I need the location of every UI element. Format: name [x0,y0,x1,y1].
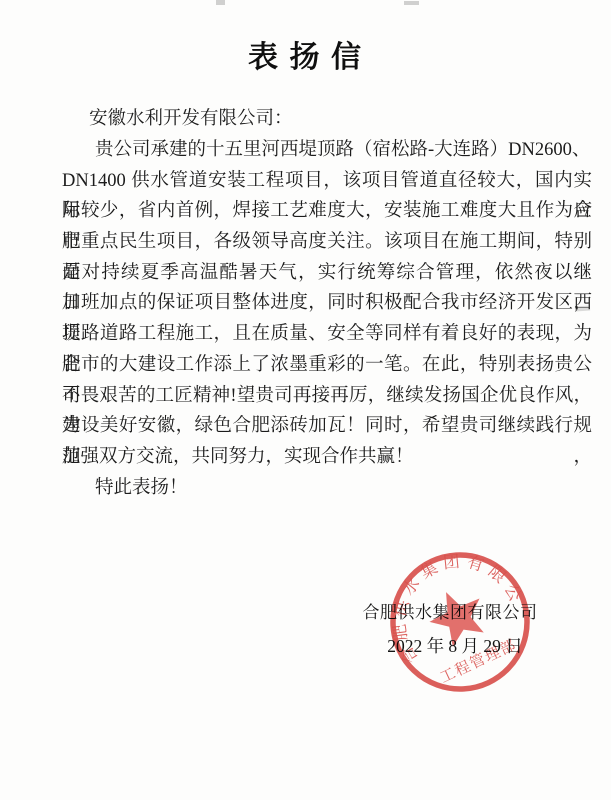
company-seal-stamp: 合肥供水集团有限公司 工程管理部 [380,542,540,702]
scan-artifact [216,0,225,5]
letter-paragraph: 贵公司承建的十五里河西堤顶路（宿松路-大连路）DN2600、DN1400 供水管… [62,135,592,503]
body-line: 贵公司承建的十五里河西堤顶路（宿松路-大连路）DN2600、 [62,135,592,166]
body-line: 面对持续夏季高温酷暑天气，实行统筹综合管理，依然夜以继日， [62,258,592,289]
letter-body: 安徽水利开发有限公司： 贵公司承建的十五里河西堤顶路（宿松路-大连路）DN260… [62,104,592,503]
body-line: 用较少，省内首例，焊接工艺难度大，安装施工难度大且作为合肥 [62,196,592,227]
letter-greeting: 安徽水利开发有限公司： [89,104,592,135]
seal-star-icon [421,580,493,651]
scan-artifact [404,1,419,5]
letter-title: 表 扬 信 [0,32,611,76]
body-line: 顶路道路工程施工，且在质量、安全等同样有着良好的表现，为合 [62,319,592,350]
body-line: DN1400 供水管道安装工程项目，该项目管道直径较大，国内实际应 [62,166,592,197]
body-line: 不畏艰苦的工匠精神!望贵司再接再厉，继续发扬国企优良作风，为 [62,381,592,412]
letter-page: 表 扬 信 安徽水利开发有限公司： 贵公司承建的十五里河西堤顶路（宿松路-大连路… [0,0,611,800]
body-line: 肥市的大建设工作添上了浓墨重彩的一笔。在此，特别表扬贵公司 [62,350,592,381]
body-line: 建设美好安徽，绿色合肥添砖加瓦！同时，希望贵司继续践行规范， [62,411,592,442]
body-line: 特此表扬！ [62,473,592,504]
seal-department-text: 工程管理部 [437,636,519,686]
body-line: 加班加点的保证项目整体进度，同时积极配合我市经济开发区西堤 [62,288,592,319]
body-line: 市重点民生项目，各级领导高度关注。该项目在施工期间，特别是 [62,227,592,258]
